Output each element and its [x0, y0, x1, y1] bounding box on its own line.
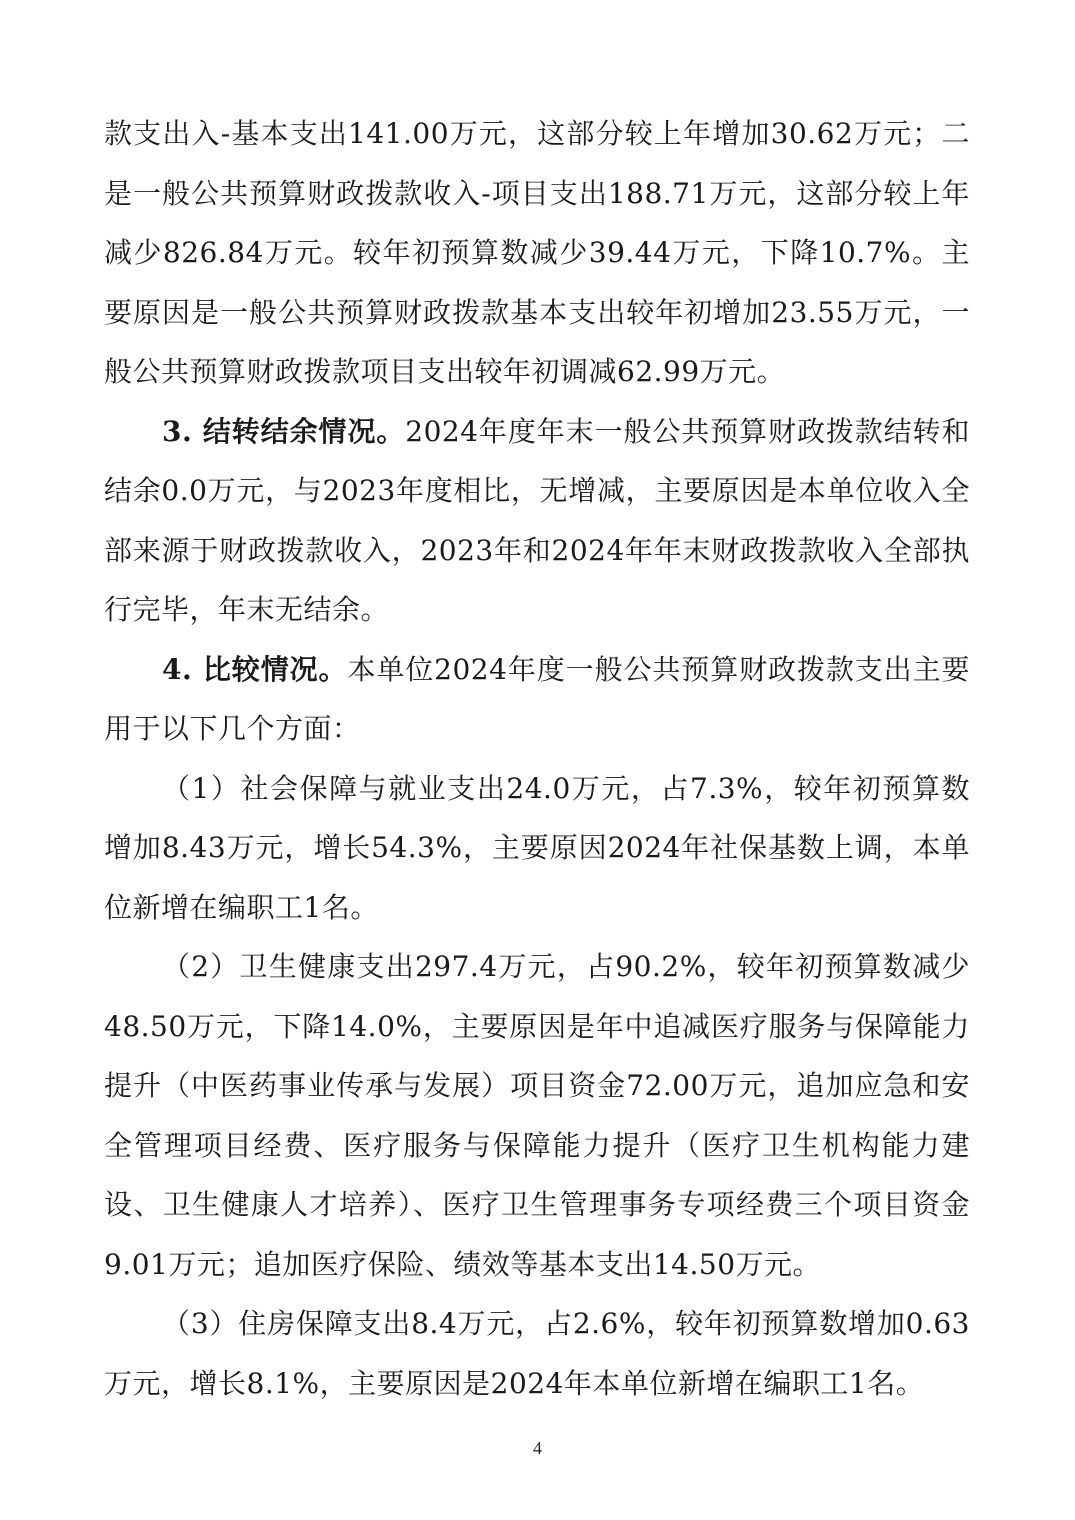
- section-heading: 3. 结转结余情况。: [162, 415, 405, 448]
- paragraph-section-4-comparison: 4. 比较情况。本单位2024年度一般公共预算财政拨款支出主要用于以下几个方面：: [104, 640, 970, 759]
- section-heading: 4. 比较情况。: [162, 653, 347, 686]
- paragraph-item-social-security: （1）社会保障与就业支出24.0万元，占7.3%，较年初预算数增加8.43万元，…: [104, 759, 970, 938]
- paragraph-text: （2）卫生健康支出297.4万元，占90.2%，较年初预算数减少48.50万元，…: [104, 950, 970, 1281]
- page-number: 4: [0, 1438, 1075, 1459]
- paragraph-section-3-carryover: 3. 结转结余情况。2024年度年末一般公共预算财政拨款结转和结余0.0万元，与…: [104, 402, 970, 640]
- paragraph-text: 款支出入-基本支出141.00万元，这部分较上年增加30.62万元；二是一般公共…: [104, 117, 970, 388]
- paragraph-item-housing: （3）住房保障支出8.4万元，占2.6%，较年初预算数增加0.63万元，增长8.…: [104, 1294, 970, 1413]
- paragraph-continuation: 款支出入-基本支出141.00万元，这部分较上年增加30.62万元；二是一般公共…: [104, 104, 970, 402]
- paragraph-text: （1）社会保障与就业支出24.0万元，占7.3%，较年初预算数增加8.43万元，…: [104, 772, 970, 924]
- document-page: 款支出入-基本支出141.00万元，这部分较上年增加30.62万元；二是一般公共…: [104, 104, 970, 1413]
- paragraph-text: （3）住房保障支出8.4万元，占2.6%，较年初预算数增加0.63万元，增长8.…: [104, 1307, 970, 1400]
- paragraph-item-health: （2）卫生健康支出297.4万元，占90.2%，较年初预算数减少48.50万元，…: [104, 937, 970, 1294]
